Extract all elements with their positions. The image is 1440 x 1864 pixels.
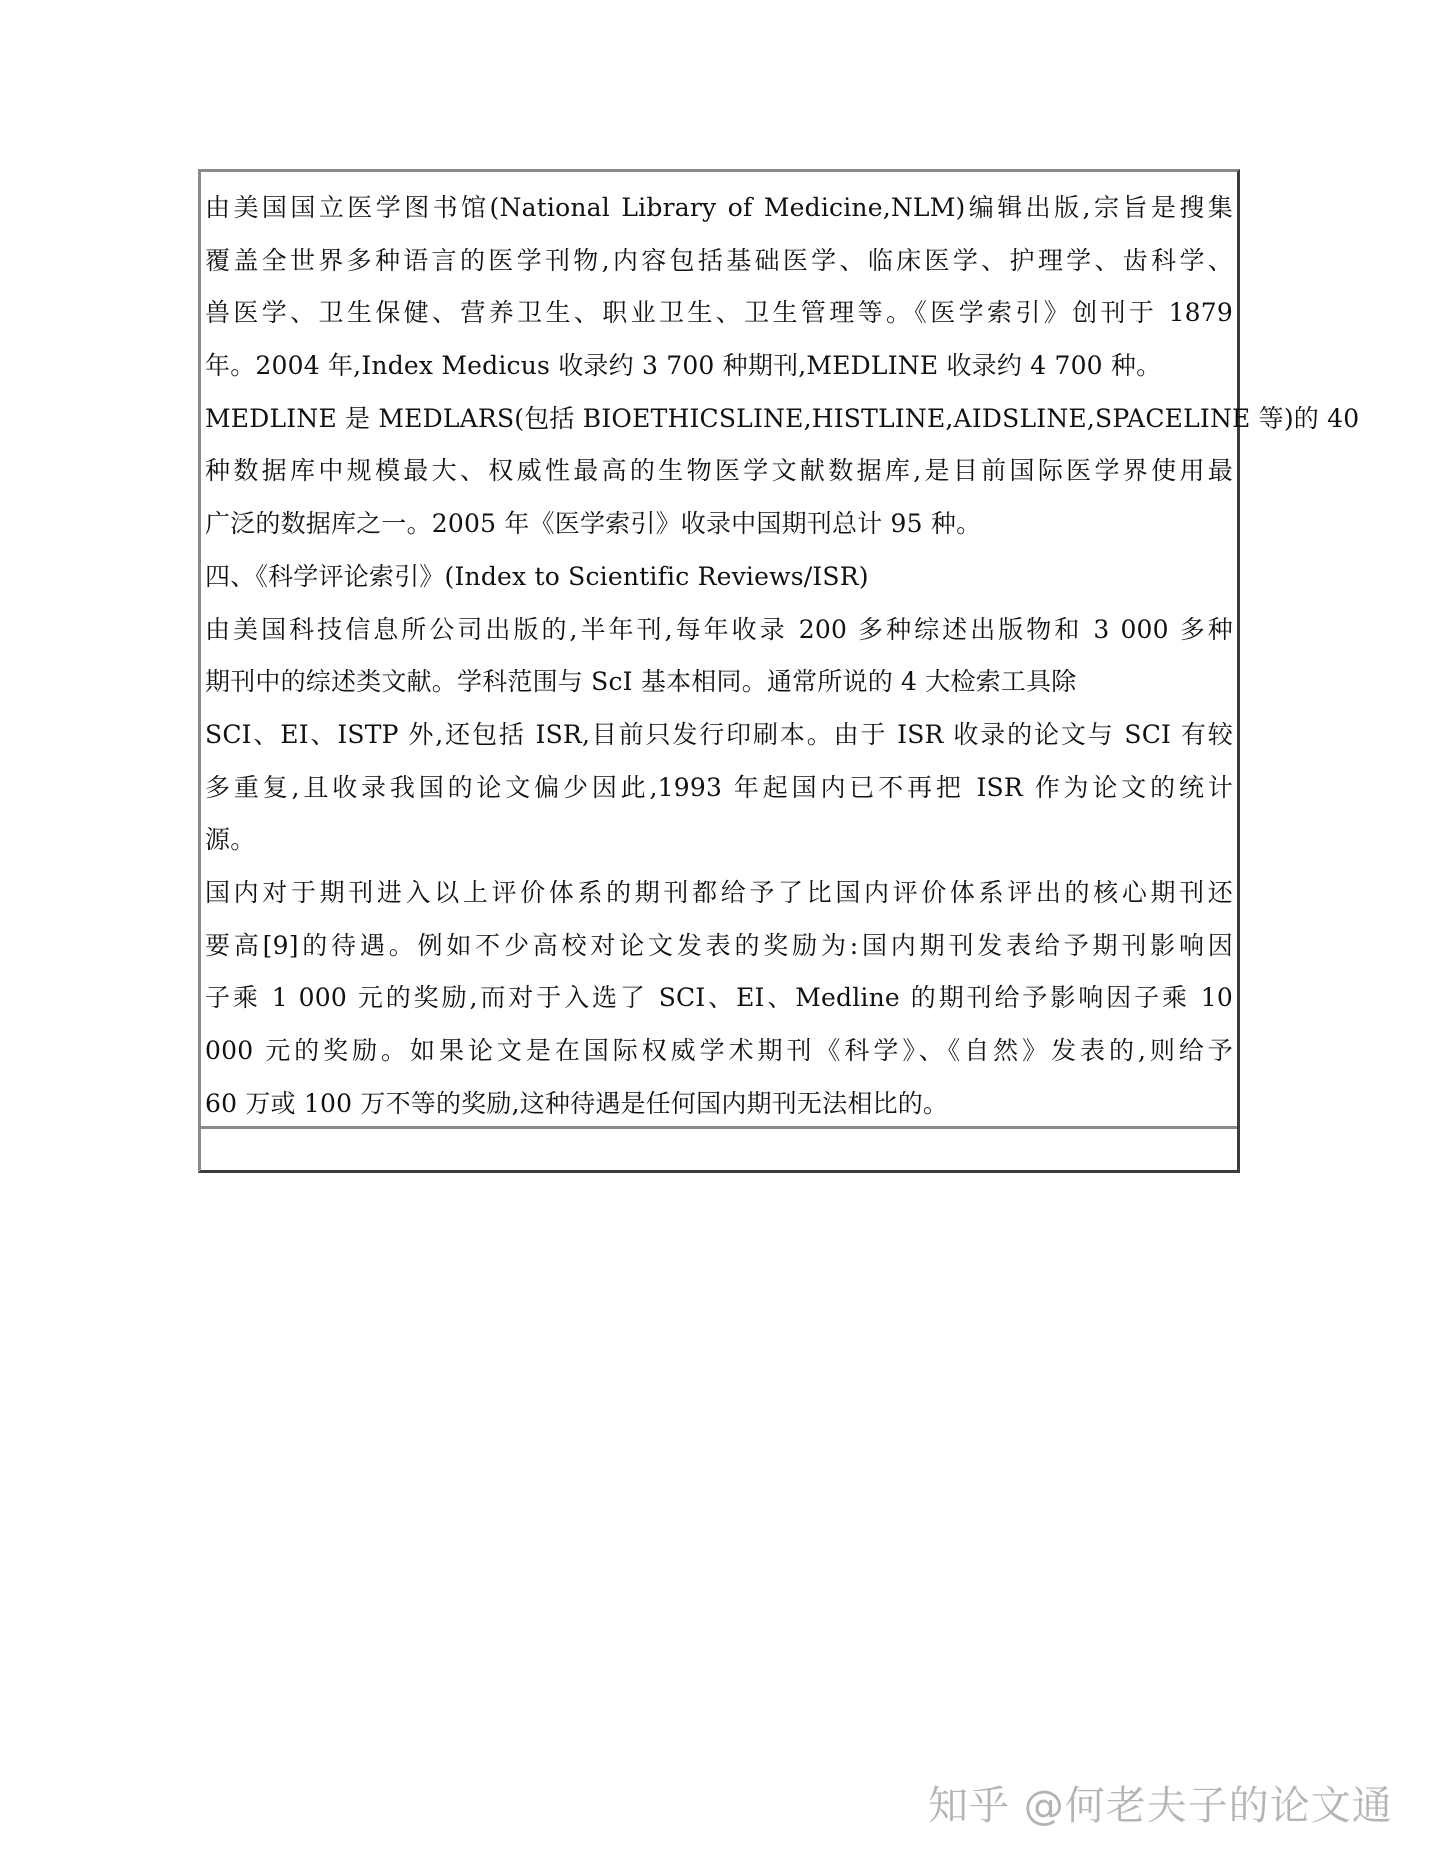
text-line: 覆盖全世界多种语言的医学刊物,内容包括基础医学、临床医学、护理学、齿科学、	[205, 235, 1233, 288]
text-line: 60 万或 100 万不等的奖励,这种待遇是任何国内期刊无法相比的。	[205, 1078, 1233, 1131]
text-line: 广泛的数据库之一。2005 年《医学索引》收录中国期刊总计 95 种。	[205, 498, 1233, 551]
text-line: 由美国国立医学图书馆(National Library of Medicine,…	[205, 182, 1233, 235]
text-line: 子乘 1 000 元的奖励,而对于入选了 SCI、EI、Medline 的期刊给…	[205, 972, 1233, 1025]
table-cell-content: 由美国国立医学图书馆(National Library of Medicine,…	[201, 172, 1237, 1129]
text-line: 多重复,且收录我国的论文偏少因此,1993 年起国内已不再把 ISR 作为论文的…	[205, 762, 1233, 815]
text-line: 兽医学、卫生保健、营养卫生、职业卫生、卫生管理等。《医学索引》创刊于 1879	[205, 287, 1233, 340]
text-line: 期刊中的综述类文献。学科范围与 ScI 基本相同。通常所说的 4 大检索工具除	[205, 656, 1233, 709]
text-line: MEDLINE 是 MEDLARS(包括 BIOETHICSLINE,HISTL…	[205, 393, 1233, 446]
watermark: 知乎 @何老夫子的论文通	[928, 1782, 1390, 1830]
section-heading: 四、《科学评论索引》(Index to Scientific Reviews/I…	[205, 551, 1233, 604]
text-line: 要高[9]的待遇。例如不少高校对论文发表的奖励为:国内期刊发表给予期刊影响因	[205, 920, 1233, 973]
text-line: 种数据库中规模最大、权威性最高的生物医学文献数据库,是目前国际医学界使用最	[205, 445, 1233, 498]
text-line: 国内对于期刊进入以上评价体系的期刊都给予了比国内评价体系评出的核心期刊还	[205, 867, 1233, 920]
text-line: 由美国科技信息所公司出版的,半年刊,每年收录 200 多种综述出版物和 3 00…	[205, 604, 1233, 657]
document-table: 由美国国立医学图书馆(National Library of Medicine,…	[198, 169, 1240, 1173]
text-line: 000 元的奖励。如果论文是在国际权威学术期刊《科学》、《自然》发表的,则给予	[205, 1025, 1233, 1078]
table-cell-empty	[201, 1132, 1237, 1170]
text-line: SCI、EI、ISTP 外,还包括 ISR,目前只发行印刷本。由于 ISR 收录…	[205, 709, 1233, 762]
text-line: 年。2004 年,Index Medicus 收录约 3 700 种期刊,MED…	[205, 340, 1233, 393]
text-line: 源。	[205, 814, 1233, 867]
